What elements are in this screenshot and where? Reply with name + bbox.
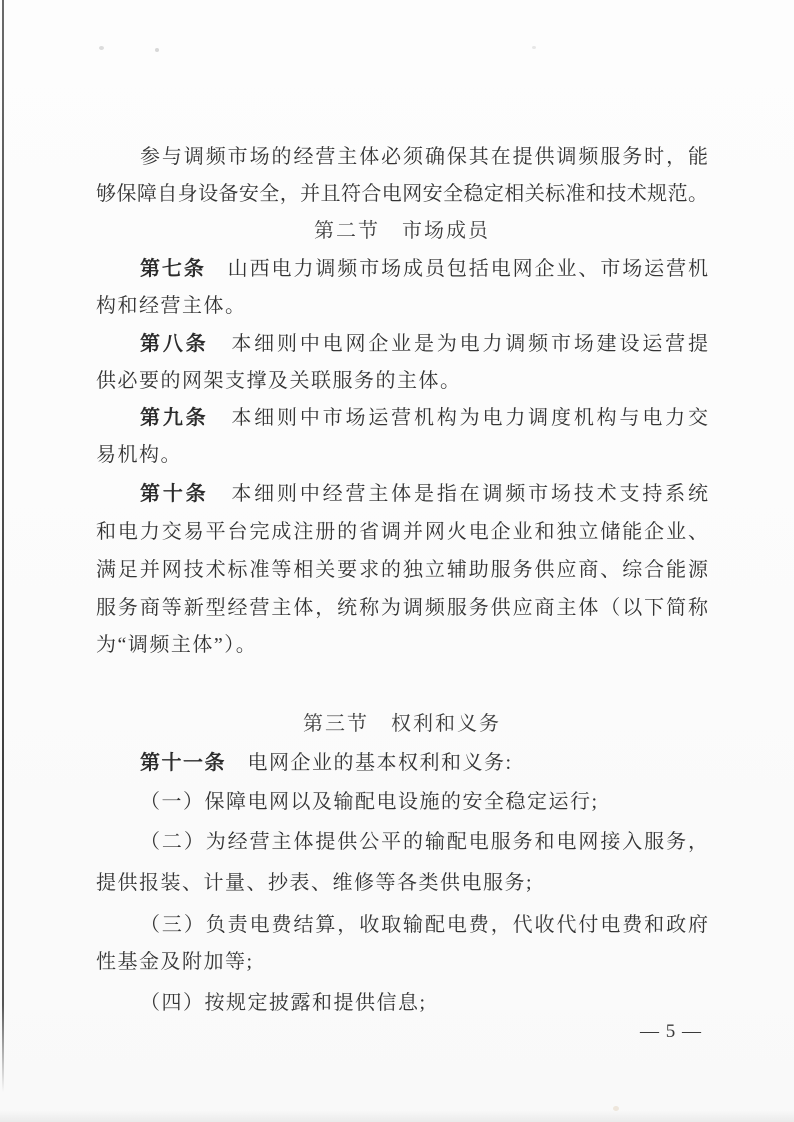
article-text: 本细则中市场运营机构为电力调度机构与电力交 [209,407,709,429]
article-number: 第七条 [140,258,206,280]
document-line: 第十条 本细则中经营主体是指在调频市场技术支持系统 [96,482,708,506]
document-line: 服务商等新型经营主体，统称为调频服务供应商主体（以下简称 [96,596,708,620]
scan-speck [155,48,159,52]
document-line: 构和经营主体。 [96,294,708,318]
article-number: 第八条 [140,333,209,355]
document-line: （三）负责电费结算，收取输配电费，代收代付电费和政府 [96,913,708,937]
document-line: 易机构。 [96,443,708,467]
scan-edge-line [2,0,4,1092]
article-text: 本细则中电网企业是为电力调频市场建设运营提 [209,333,709,355]
scan-speck [532,46,536,49]
scan-bottom-shade [0,1110,794,1122]
article-text: 电网企业的基本权利和义务: [226,752,513,774]
document-line: 第十一条 电网企业的基本权利和义务: [96,751,708,775]
document-line: （四）按规定披露和提供信息; [96,991,708,1015]
scan-speck [99,46,104,50]
document-line: 满足并网技术标准等相关要求的独立辅助服务供应商、综合能源 [96,558,708,582]
article-number: 第十条 [140,483,209,505]
document-line: 供必要的网架支撑及关联服务的主体。 [96,369,708,393]
section-heading: 第二节 市场成员 [96,219,708,243]
document-line: 第九条 本细则中市场运营机构为电力调度机构与电力交 [96,406,708,430]
scanned-document-page: 参与调频市场的经营主体必须确保其在提供调频服务时，能 够保障自身设备安全，并且符… [0,0,794,1122]
document-line: 性基金及附加等; [96,950,708,974]
document-line: （一）保障电网以及输配电设施的安全稳定运行; [96,790,708,814]
article-number: 第九条 [140,407,209,429]
document-line: 参与调频市场的经营主体必须确保其在提供调频服务时，能 [96,145,708,169]
document-line: 和电力交易平台完成注册的省调并网火电企业和独立储能企业、 [96,520,708,544]
document-line: 第七条 山西电力调频市场成员包括电网企业、市场运营机 [96,257,708,281]
article-number: 第十一条 [140,752,226,774]
article-text: 本细则中经营主体是指在调频市场技术支持系统 [209,483,709,505]
document-line: （二）为经营主体提供公平的输配电服务和电网接入服务， [96,830,708,854]
page-number: — 5 — [640,1021,702,1043]
document-line: 提供报装、计量、抄表、维修等各类供电服务; [96,871,708,895]
document-line: 为“调频主体”）。 [96,633,708,657]
section-heading: 第三节 权利和义务 [96,712,708,736]
document-line: 够保障自身设备安全，并且符合电网安全稳定相关标准和技术规范。 [96,182,708,206]
document-line: 第八条 本细则中电网企业是为电力调频市场建设运营提 [96,332,708,356]
article-text: 山西电力调频市场成员包括电网企业、市场运营机 [206,258,708,280]
